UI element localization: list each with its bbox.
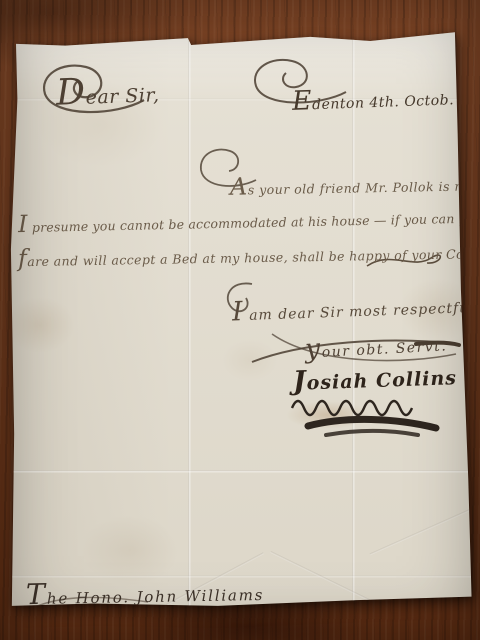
address-line: The Hono. John Williams <box>26 574 265 611</box>
dateline: Edenton 4th. Octob. 1777 — <box>292 78 480 117</box>
body-line-1: As your old friend Mr. Pollok is not in … <box>230 167 480 200</box>
photo-of-letter-on-wooden-table: Dear Sir, Edenton 4th. Octob. 1777 — As … <box>0 0 480 640</box>
letter-sheet: Dear Sir, Edenton 4th. Octob. 1777 — As … <box>10 30 472 607</box>
letter-sheet-wrapper: Dear Sir, Edenton 4th. Octob. 1777 — As … <box>10 30 472 607</box>
diagonal-crease-2 <box>270 551 370 601</box>
closing-line: I am dear Sir most respectfully <box>232 288 480 328</box>
horizontal-fold-crease-middle <box>10 470 472 473</box>
body-line-2: I presume you cannot be accommodated at … <box>18 198 480 238</box>
diagonal-crease-3 <box>370 507 476 556</box>
vertical-fold-crease-left <box>188 30 191 607</box>
body-line-3: fare and will accept a Bed at my house, … <box>18 236 480 273</box>
signature-paraph-flourish <box>286 392 451 440</box>
signature: Josiah Collins <box>293 360 458 397</box>
servant-line: your obt. Servt. <box>304 326 448 364</box>
salutation-line: Dear Sir, <box>55 68 160 114</box>
